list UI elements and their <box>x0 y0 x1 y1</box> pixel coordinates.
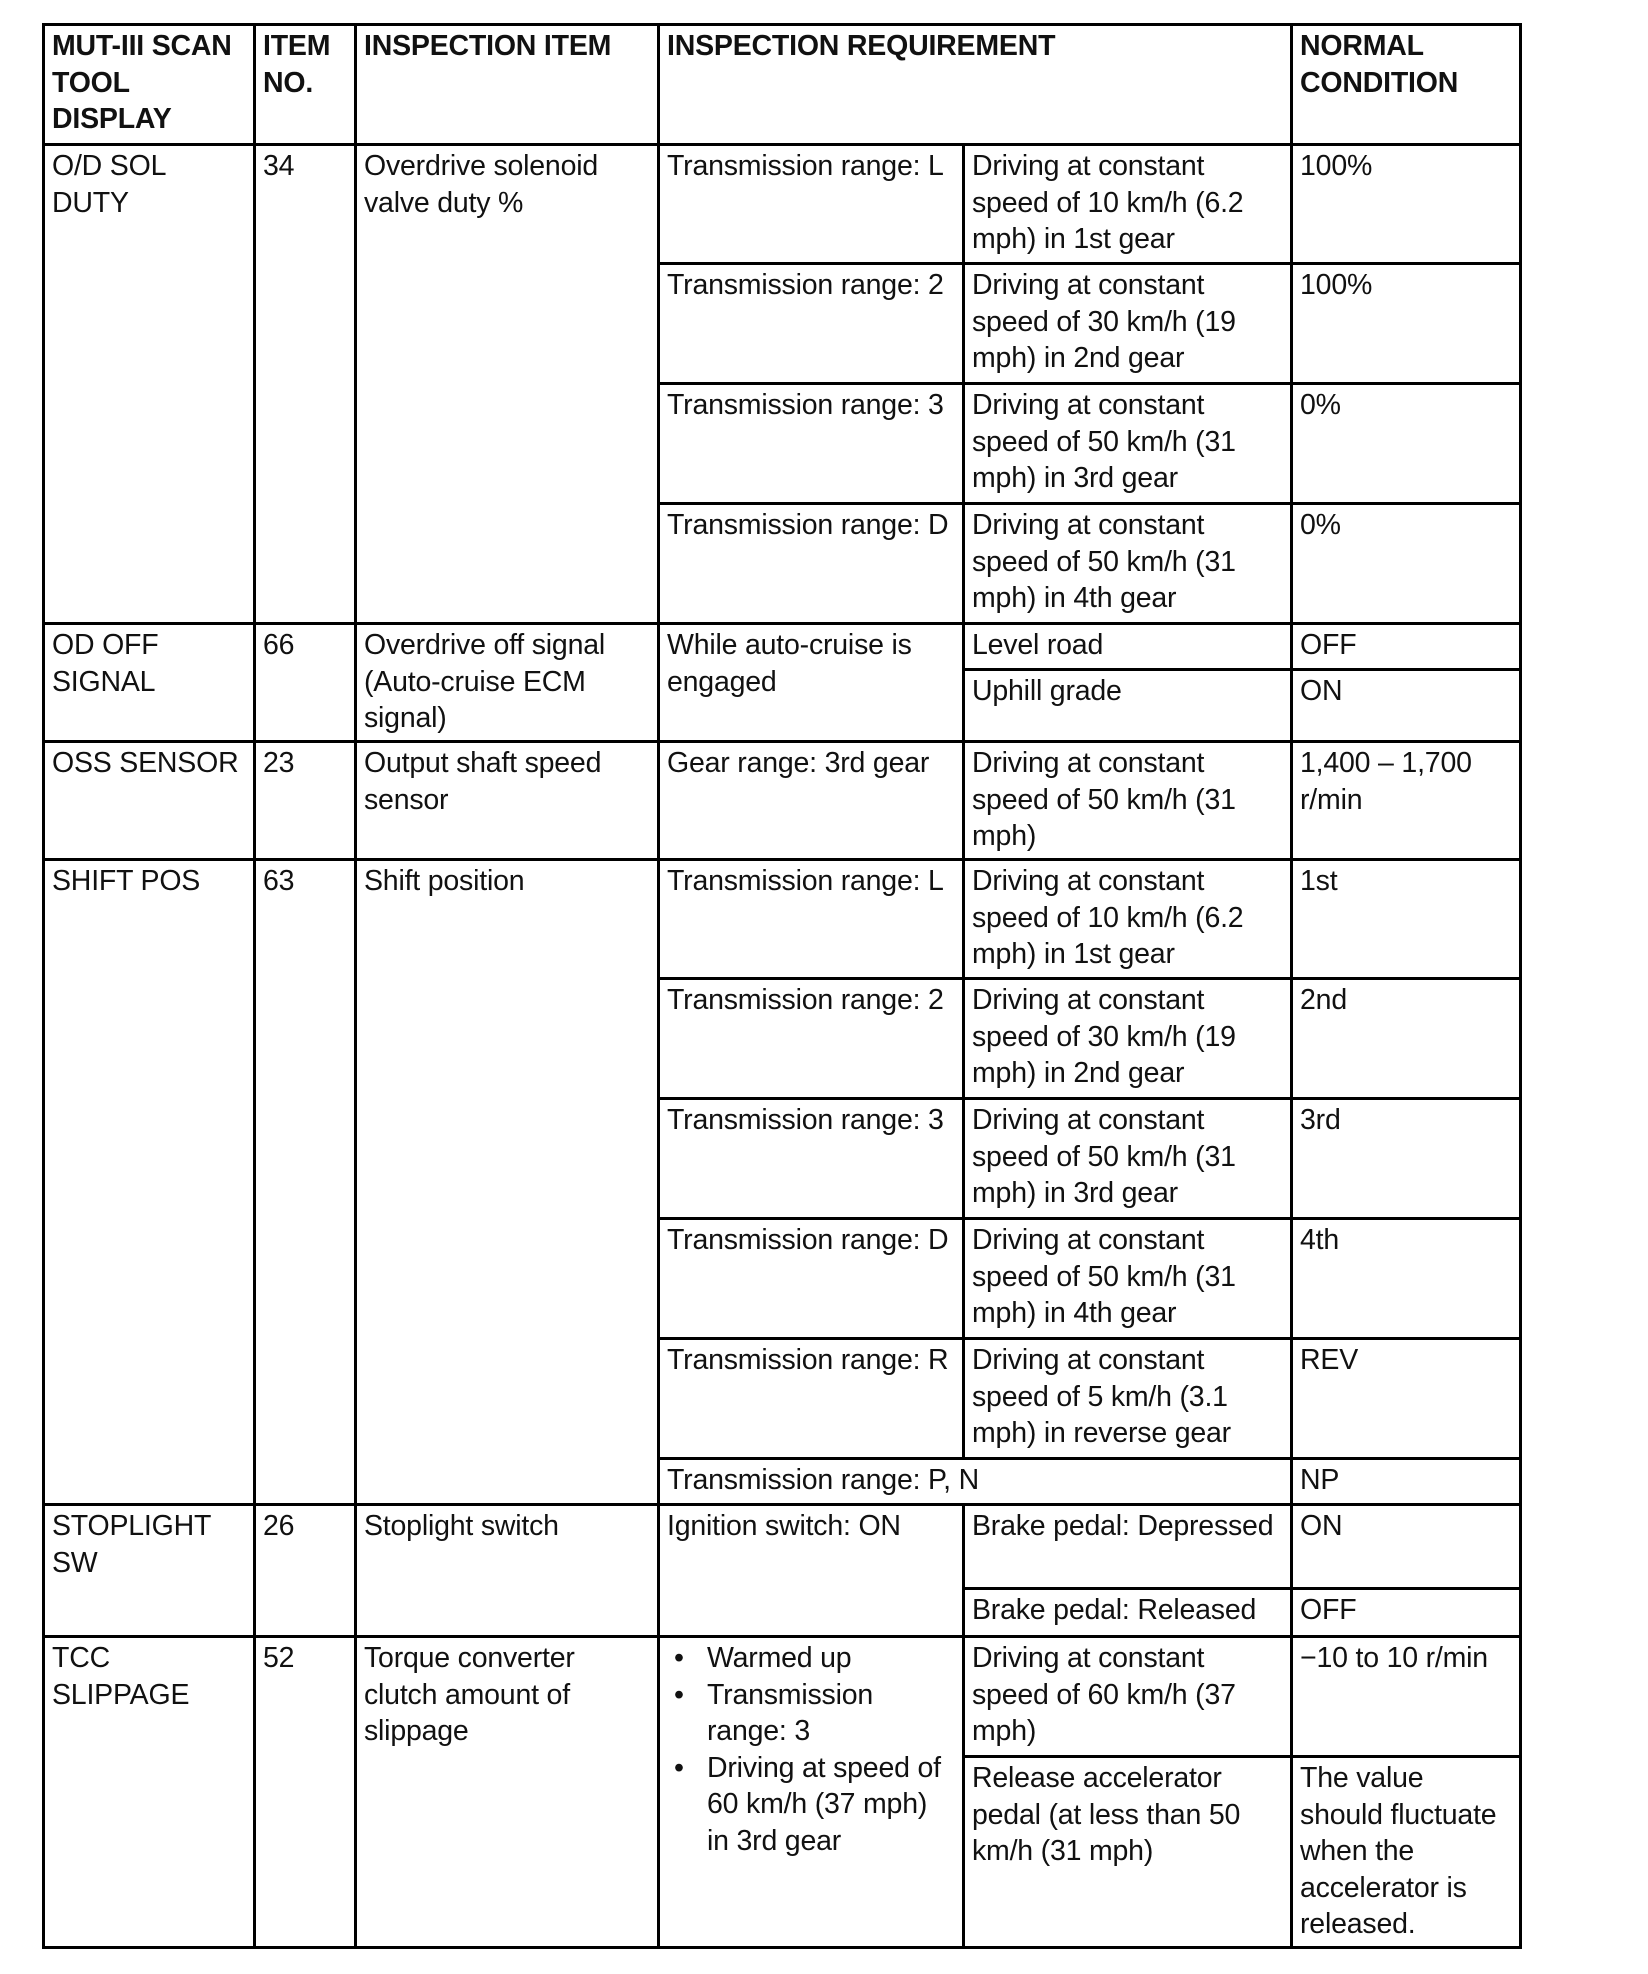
normal-cell: 1,400 – 1,700 r/min <box>1292 742 1521 860</box>
normal-cell: OFF <box>1292 1589 1521 1637</box>
item-cell: Shift position <box>356 860 659 1505</box>
normal-cell: 0% <box>1292 384 1521 504</box>
requirement-cell: Gear range: 3rd gear <box>659 742 964 860</box>
table-row: OD OFF SIGNAL 66 Overdrive off signal (A… <box>44 624 1521 670</box>
requirement-cell: Transmission range: D <box>659 504 964 624</box>
bullet-item: Transmission range: 3 <box>707 1677 956 1750</box>
item-cell: Overdrive solenoid valve duty % <box>356 145 659 624</box>
condition-cell: Driving at constant speed of 60 km/h (37… <box>964 1637 1292 1757</box>
display-cell: OD OFF SIGNAL <box>44 624 255 742</box>
header-display: MUT-III SCAN TOOL DISPLAY <box>44 25 255 145</box>
normal-cell: 4th <box>1292 1219 1521 1339</box>
condition-cell: Level road <box>964 624 1292 670</box>
condition-cell: Brake pedal: Depressed <box>964 1505 1292 1589</box>
requirement-cell: Ignition switch: ON <box>659 1505 964 1637</box>
item-no-cell: 52 <box>255 1637 356 1948</box>
condition-cell: Driving at constant speed of 5 km/h (3.1… <box>964 1339 1292 1459</box>
condition-cell: Uphill grade <box>964 670 1292 742</box>
item-cell: Output shaft speed sensor <box>356 742 659 860</box>
table-row: TCC SLIPPAGE 52 Torque converter clutch … <box>44 1637 1521 1757</box>
normal-cell: 3rd <box>1292 1099 1521 1219</box>
normal-cell: OFF <box>1292 624 1521 670</box>
normal-cell: 0% <box>1292 504 1521 624</box>
requirement-cell: Transmission range: 3 <box>659 1099 964 1219</box>
condition-cell: Release accelerator pedal (at less than … <box>964 1757 1292 1948</box>
requirement-cell: Transmission range: 2 <box>659 264 964 384</box>
normal-cell: −10 to 10 r/min <box>1292 1637 1521 1757</box>
display-cell: O/D SOL DUTY <box>44 145 255 624</box>
normal-cell: 2nd <box>1292 979 1521 1099</box>
condition-cell: Driving at constant speed of 50 km/h (31… <box>964 504 1292 624</box>
requirement-cell: Transmission range: 3 <box>659 384 964 504</box>
requirement-bullet-list: Warmed up Transmission range: 3 Driving … <box>667 1640 956 1859</box>
normal-cell: 100% <box>1292 264 1521 384</box>
condition-cell: Brake pedal: Released <box>964 1589 1292 1637</box>
requirement-cell: Transmission range: P, N <box>659 1459 1292 1505</box>
condition-cell: Driving at constant speed of 10 km/h (6.… <box>964 145 1292 264</box>
header-item: INSPECTION ITEM <box>356 25 659 145</box>
item-no-cell: 66 <box>255 624 356 742</box>
requirement-cell: Transmission range: L <box>659 145 964 264</box>
requirement-cell: Transmission range: R <box>659 1339 964 1459</box>
normal-cell: REV <box>1292 1339 1521 1459</box>
display-cell: OSS SENSOR <box>44 742 255 860</box>
item-cell: Stoplight switch <box>356 1505 659 1637</box>
requirement-cell: Transmission range: 2 <box>659 979 964 1099</box>
display-cell: SHIFT POS <box>44 860 255 1505</box>
header-item-no: ITEM NO. <box>255 25 356 145</box>
normal-cell: 1st <box>1292 860 1521 979</box>
header-requirement: INSPECTION REQUIREMENT <box>659 25 1292 145</box>
normal-cell: ON <box>1292 670 1521 742</box>
header-row: MUT-III SCAN TOOL DISPLAY ITEM NO. INSPE… <box>44 25 1521 145</box>
condition-cell: Driving at constant speed of 30 km/h (19… <box>964 264 1292 384</box>
bullet-item: Driving at speed of 60 km/h (37 mph) in … <box>707 1750 956 1860</box>
condition-cell: Driving at constant speed of 30 km/h (19… <box>964 979 1292 1099</box>
item-no-cell: 23 <box>255 742 356 860</box>
requirement-cell: Warmed up Transmission range: 3 Driving … <box>659 1637 964 1948</box>
table-row: O/D SOL DUTY 34 Overdrive solenoid valve… <box>44 145 1521 264</box>
table-row: SHIFT POS 63 Shift position Transmission… <box>44 860 1521 979</box>
item-no-cell: 63 <box>255 860 356 1505</box>
item-cell: Overdrive off signal (Auto-cruise ECM si… <box>356 624 659 742</box>
requirement-cell: While auto-cruise is engaged <box>659 624 964 742</box>
item-cell: Torque converter clutch amount of slippa… <box>356 1637 659 1948</box>
item-no-cell: 34 <box>255 145 356 624</box>
requirement-cell: Transmission range: L <box>659 860 964 979</box>
normal-cell: 100% <box>1292 145 1521 264</box>
normal-cell: ON <box>1292 1505 1521 1589</box>
requirement-cell: Transmission range: D <box>659 1219 964 1339</box>
condition-cell: Driving at constant speed of 50 km/h (31… <box>964 742 1292 860</box>
display-cell: STOPLIGHT SW <box>44 1505 255 1637</box>
inspection-table: MUT-III SCAN TOOL DISPLAY ITEM NO. INSPE… <box>42 23 1522 1949</box>
condition-cell: Driving at constant speed of 50 km/h (31… <box>964 1219 1292 1339</box>
display-cell: TCC SLIPPAGE <box>44 1637 255 1948</box>
normal-cell: The value should fluctuate when the acce… <box>1292 1757 1521 1948</box>
condition-cell: Driving at constant speed of 50 km/h (31… <box>964 384 1292 504</box>
header-normal: NORMAL CONDITION <box>1292 25 1521 145</box>
bullet-item: Warmed up <box>707 1640 956 1677</box>
item-no-cell: 26 <box>255 1505 356 1637</box>
table-row: OSS SENSOR 23 Output shaft speed sensor … <box>44 742 1521 860</box>
condition-cell: Driving at constant speed of 50 km/h (31… <box>964 1099 1292 1219</box>
condition-cell: Driving at constant speed of 10 km/h (6.… <box>964 860 1292 979</box>
normal-cell: NP <box>1292 1459 1521 1505</box>
table-row: STOPLIGHT SW 26 Stoplight switch Ignitio… <box>44 1505 1521 1589</box>
